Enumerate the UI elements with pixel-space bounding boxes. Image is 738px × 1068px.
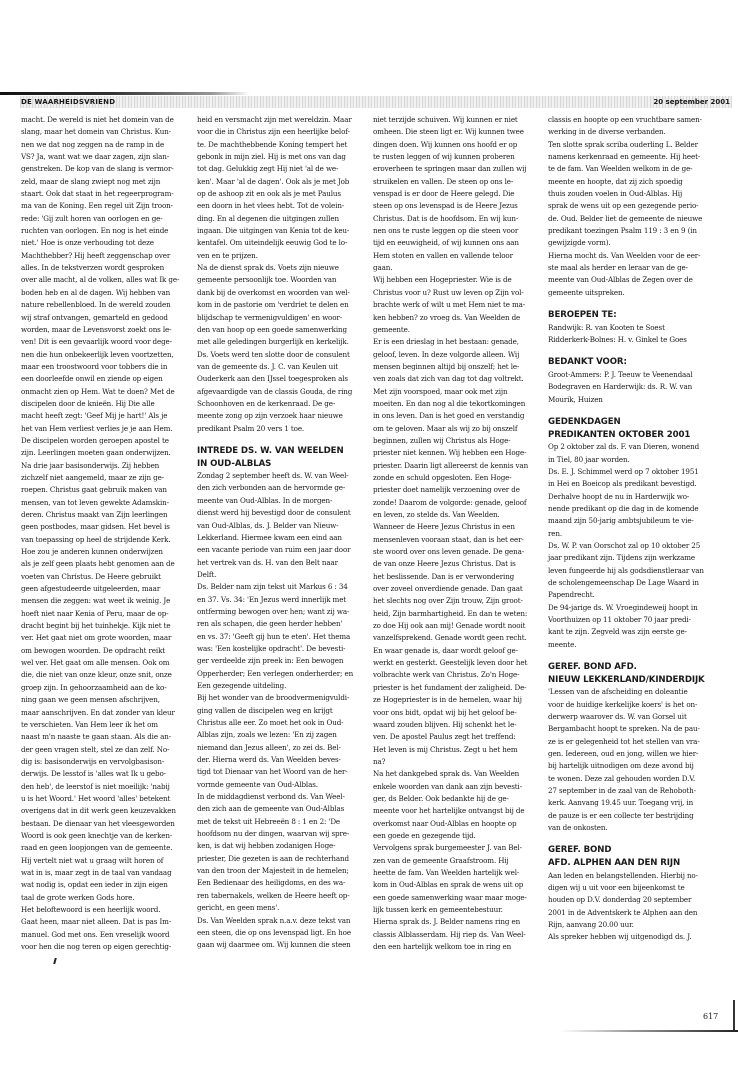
paragraph: Aan leden en belangstellenden. Hierbij n…	[548, 870, 733, 944]
text-line: der. Hierna werd ds. Van Weelden beves-	[197, 754, 373, 766]
heading-line: BEDANKT VOOR:	[548, 356, 733, 369]
text-line: voor die in Christus zijn een heerlijke …	[197, 126, 373, 138]
text-line: kentafel. Om uiteindelijk eeuwig God te …	[197, 237, 373, 249]
text-line: Bij het wonder van de broodvermenigvuldi…	[197, 692, 373, 704]
text-line: meente en hoopte, dat zij zich spoedig	[548, 176, 733, 188]
text-line: Ten slotte sprak scriba ouderling L. Bel…	[548, 139, 733, 151]
text-line: maar een troostwoord voor tobbers die in	[21, 361, 197, 373]
text-line: Na drie jaar basisonderwijs. Zij hebben	[21, 460, 197, 472]
heading-line: NIEUW LEKKERLAND/KINDERDIJK	[548, 674, 733, 687]
text-line: gemeente.	[373, 324, 548, 336]
text-line: een vacante periode van ruim een jaar do…	[197, 544, 373, 556]
text-line: ging vallen de discipelen weg en krijgt	[197, 705, 373, 717]
text-line: Gaat heen, maar niet alleen. Dat is pas …	[21, 916, 197, 928]
text-line: geloof, leven. In deze volgorde alleen. …	[373, 349, 548, 361]
heading-line: INTREDE DS. W. VAN WEELDEN	[197, 445, 373, 458]
heading-line: IN OUD-ALBLAS	[197, 458, 373, 471]
text-line: Ds. Voets werd ten slotte door de consul…	[197, 349, 373, 361]
text-line: ger, ds Belder. Ook bedankte hij de ge-	[373, 793, 548, 805]
text-line: ren.	[548, 528, 733, 540]
text-line: waard zouden blijven. Hij schenkt het le…	[373, 719, 548, 731]
text-line: Een Bedienaar des heiligdoms, en des wa-	[197, 877, 373, 889]
text-line: heid en versmacht zijn met wereldzin. Ma…	[197, 114, 373, 126]
text-line: brachte werk of wilt u met Hem niet te m…	[373, 299, 548, 311]
text-line: onmacht zien op Hem. Wat te doen? Met de	[21, 386, 197, 398]
text-line: 2001 in de Adventskerk te Alphen aan den	[548, 907, 733, 919]
text-line: zeld, maar de slang zwiept nog met zijn	[21, 176, 197, 188]
text-line: Ds. E. J. Schimmel werd op 7 oktober 195…	[548, 466, 733, 478]
text-line: priester niet kennen. Wij hebben een Hog…	[373, 447, 548, 459]
text-line: van den troon der Majesteit in de hemele…	[197, 865, 373, 877]
text-line: derwijs. De lesstof is 'alles wat Ik u g…	[21, 768, 197, 780]
section-heading: GEDENKDAGENPREDIKANTEN OKTOBER 2001	[548, 416, 733, 441]
text-line: dracht begint bij het tuinhekje. Kijk ni…	[21, 620, 197, 632]
text-line: ning gaan we geen mensen afschrijven,	[21, 694, 197, 706]
text-line: worden, maar de Levensvorst zoekt ons le…	[21, 324, 197, 336]
text-line: derwerp waarover ds. W. van Gorsel uit	[548, 711, 733, 723]
text-line: meente voor het hartelijke ontvangst bij…	[373, 805, 548, 817]
text-line: werking in de diverse verbanden.	[548, 126, 733, 138]
text-line: ontferming bewogen over hen; want zij wa…	[197, 606, 373, 618]
text-line: manuel. God met ons. Een vreselijk woord	[21, 929, 197, 941]
text-line: alles. In de tekstverzen wordt gesproken	[21, 262, 197, 274]
text-line: een goede samenwerking waar maar moge-	[373, 892, 548, 904]
text-line: ven en te prijzen.	[197, 250, 373, 262]
text-line: omheen. Die steen ligt er. Wij kunnen tw…	[373, 126, 548, 138]
text-line: ma van de Koning. Een regel uit Zijn tro…	[21, 200, 197, 212]
text-line: ingaan. Die uitgingen van Kenia tot de k…	[197, 225, 373, 237]
text-line: Ds. Belder nam zijn tekst uit Markus 6 :…	[197, 581, 373, 593]
text-line: van de onkosten.	[548, 822, 733, 834]
text-line: zijn. Leerlingen moeten gaan onderwijzen…	[21, 447, 197, 459]
text-line: het slechts nog over Zijn trouw, Zijn gr…	[373, 595, 548, 607]
text-line: ding. En al degenen die uitgingen zullen	[197, 213, 373, 225]
text-line: met de tekst uit Hebreeën 8 : 1 en 2: 'D…	[197, 816, 373, 828]
text-line: venspad is er door de Heere gelegd. Die	[373, 188, 548, 200]
text-line: slang, maar het domein van Christus. Kun…	[21, 126, 197, 138]
paragraph: Groot-Ammers: P. J. Teeuw te VeenendaalB…	[548, 369, 733, 406]
text-line: kerk. Aanvang 19.45 uur. Toegang vrij, i…	[548, 797, 733, 809]
text-line: geen afgestudeerde uitgeleerden, maar	[21, 583, 197, 595]
text-line: nen die hun onbekeerlijk leven voortzett…	[21, 349, 197, 361]
text-line: Christus. Dat is de hoofdsom. En wij kun…	[373, 213, 548, 225]
text-line: den een hartelijk welkom toe in ring en	[373, 941, 548, 953]
heading-line: GEDENKDAGEN	[548, 416, 733, 429]
text-line: Christus alle eer. Zo moet het ook in Ou…	[197, 717, 373, 729]
text-line: afgevaardigde van de classis Gouda, de r…	[197, 386, 373, 398]
text-line: priester doet namelijk verzoening over d…	[373, 484, 548, 496]
text-line: meente zong op zijn verzoek haar nieuwe	[197, 410, 373, 422]
text-line: gericht, en geen mens'.	[197, 902, 373, 914]
paragraph: Zondag 2 september heeft ds. W. van Weel…	[197, 470, 373, 951]
text-line: als je zelf geen plaats hebt genomen aan…	[21, 558, 197, 570]
text-line: een goede en gezegende tijd.	[373, 830, 548, 842]
text-line: In de middagdienst verbond ds. Van Weel-	[197, 791, 373, 803]
text-line: Hierna sprak ds. J. Belder namens ring e…	[373, 916, 548, 928]
text-line: te. De machthebbende Koning tempert het	[197, 139, 373, 151]
text-line: genstreken. De kop van de slang is vermo…	[21, 163, 197, 175]
text-line: ven zoals dat zich van dag tot dag voltr…	[373, 373, 548, 385]
text-line: Het beloftewoord is een heerlijk woord.	[21, 904, 197, 916]
page-corner-edge	[733, 1000, 735, 1030]
paragraph: 'Lessen van de afscheiding en doleantiev…	[548, 686, 733, 834]
text-line: priester. Daarin ligt allereerst de kenn…	[373, 460, 548, 472]
text-line: voeten van Christus. De Heere gebruikt	[21, 571, 197, 583]
text-line: Bergambacht hoopt te spreken. Na de pau-	[548, 723, 733, 735]
text-line: Als spreker hebben wij uitgenodigd ds. J…	[548, 931, 733, 943]
text-line: Hierna mocht ds. Van Weelden voor de eer…	[548, 250, 733, 262]
text-line: gewijzigde vorm).	[548, 237, 733, 249]
text-line: Randwijk: R. van Kooten te Soest	[548, 322, 733, 334]
text-line: ven. De apostel Paulus zegt het treffend…	[373, 731, 548, 743]
text-line: discipelen door de knieën. Hij Die alle	[21, 398, 197, 410]
text-line: Wanneer de Heere Jezus Christus in een	[373, 521, 548, 533]
text-line: volbrachte werk van Christus. Zo'n Hoge-	[373, 669, 548, 681]
text-line: en 37. Vs. 34: 'En Jezus werd innerlijk …	[197, 594, 373, 606]
text-line: roepen. Christus gaat gebruik maken van	[21, 484, 197, 496]
text-line: niemand dan Jezus alleen', zo zei ds. Be…	[197, 742, 373, 754]
text-line: Wij hebben een Hogepriester. Wie is de	[373, 274, 548, 286]
heading-line: GEREF. BOND	[548, 844, 733, 857]
text-line: Ridderkerk-Bolnes: H. v. Ginkel te Goes	[548, 334, 733, 346]
text-line: wat in is, maar zegt in de taal van vand…	[21, 867, 197, 879]
article-columns: macht. De wereld is niet het domein van …	[21, 114, 733, 953]
text-line: blijdschap te vermenigvuldigen' en woor-	[197, 312, 373, 324]
text-line: Op 2 oktober zal ds. F. van Dieren, wone…	[548, 441, 733, 453]
scan-edge-rule	[0, 92, 250, 95]
text-line: macht heeft zegt: 'Geef Mij je hart!' Al…	[21, 410, 197, 422]
heading-line: BEROEPEN TE:	[548, 309, 733, 322]
text-line: Er is een drieslag in het bestaan: genad…	[373, 336, 548, 348]
text-line: kom in de pastorie om 'verdriet te delen…	[197, 299, 373, 311]
text-line: zonde en schuld opgesloten. Een Hoge-	[373, 472, 548, 484]
text-line: over zoveel onverdiende genade. Dan gaat	[373, 583, 548, 595]
text-line: Ds. W. P. van Oorschot zal op 10 oktober…	[548, 540, 733, 552]
text-line: enkele woorden van dank aan zijn bevesti…	[373, 781, 548, 793]
text-line: ze is er gelegenheid tot het stellen van…	[548, 736, 733, 748]
text-line: De discipelen worden geroepen apostel te	[21, 435, 197, 447]
text-line: 'Lessen van de afscheiding en doleantie	[548, 686, 733, 698]
text-line: mensen die zeggen: wat weet ik weinig. J…	[21, 595, 197, 607]
text-line: over alle macht, al de volken, alles wat…	[21, 274, 197, 286]
text-line: Woord is ook geen knechtje van de kerken…	[21, 830, 197, 842]
text-line: steen op ons levenspad is de Heere Jezus	[373, 200, 548, 212]
text-line: ken hebben? zo vroeg ds. Van Weelden de	[373, 312, 548, 324]
paragraph: Randwijk: R. van Kooten te SoestRidderke…	[548, 322, 733, 347]
text-line: Ouderkerk aan den IJssel toegesproken al…	[197, 373, 373, 385]
text-line: de pauze is er een collecte ter bestrijd…	[548, 810, 733, 822]
text-line: het van Hem verliest verlies je je aan H…	[21, 423, 197, 435]
heading-line: PREDIKANTEN OKTOBER 2001	[548, 429, 733, 442]
text-line: Groot-Ammers: P. J. Teeuw te Veenendaal	[548, 369, 733, 381]
text-line: hoofdsom nu der dingen, waarvan wij spre…	[197, 828, 373, 840]
text-line: ger verdeelde zijn preek in: Een bewogen	[197, 655, 373, 667]
print-speck	[53, 958, 57, 964]
text-line: kant te zijn. Zegveld was zijn eerste ge…	[548, 626, 733, 638]
text-line: ken, is dat wij hebben zodanigen Hoge-	[197, 840, 373, 852]
running-header: De Waarheidsvriend 20 september 2001	[20, 96, 732, 108]
text-line: ren als schapen, die geen herder hebben'	[197, 618, 373, 630]
text-line: in Hei en Boeicop als predikant bevestig…	[548, 478, 733, 490]
paragraph: heid en versmacht zijn met wereldzin. Ma…	[197, 114, 373, 435]
text-line: Christus voor u? Rust uw leven op Zijn v…	[373, 287, 548, 299]
text-line: deren. Christus maakt van Zijn leerlinge…	[21, 509, 197, 521]
page-number: 617	[703, 1012, 718, 1021]
text-line: priester is het fundament der zaligheid.…	[373, 682, 548, 694]
text-line: 27 september in de zaal van de Rehoboth-	[548, 785, 733, 797]
text-line: voor de huidige kerkelijke koers' is het…	[548, 699, 733, 711]
text-line: Mourik, Huizen	[548, 394, 733, 406]
text-line: en leven, zo stelde ds. Van Weelden.	[373, 509, 548, 521]
text-line: maand zijn 50-jarig ambtsjubileum te vie…	[548, 515, 733, 527]
text-line: zonde! Daarom de volgorde: genade, geloo…	[373, 497, 548, 509]
text-line: u is het Woord.' Het woord 'alles' betek…	[21, 793, 197, 805]
text-line: wij straf ontvangen, gemarteld en gedood	[21, 312, 197, 324]
heading-line: GEREF. BOND AFD.	[548, 661, 733, 674]
text-line: nende predikant op die dag in de komende	[548, 503, 733, 515]
text-line: zen van de gemeente Graafstroom. Hij	[373, 855, 548, 867]
text-line: En waar genade is, daar wordt geloof ge-	[373, 645, 548, 657]
text-line: naast m'n naaste te gaan staan. Als die …	[21, 731, 197, 743]
text-line: Alblas zijn, zoals we lezen: 'En zij zag…	[197, 729, 373, 741]
text-line: overigens dat in dit werk geen keuzevakk…	[21, 805, 197, 817]
text-line: Het leven is mij Christus. Zegt u het he…	[373, 744, 548, 756]
text-line: maar aanschrijven. En dat zonder van kle…	[21, 707, 197, 719]
text-line: Hij vertelt niet wat u graag wilt horen …	[21, 855, 197, 867]
text-line: na?	[373, 756, 548, 768]
publication-name: De Waarheidsvriend	[20, 98, 115, 106]
text-line: jaar predikant zijn. Tijdens zijn werkza…	[548, 552, 733, 564]
text-line: Na het dankgebed sprak ds. Van Weelden	[373, 768, 548, 780]
text-line: bestaan. De dienaar van het vleesgeworde…	[21, 818, 197, 830]
text-line: Met zijn voorspoed, maar ook met zijn	[373, 386, 548, 398]
text-line: om bewogen woorden. De opdracht reikt	[21, 645, 197, 657]
text-line: in Tiel, 80 jaar worden.	[548, 454, 733, 466]
text-line: tijd en eeuwigheid, of wij kunnen ons aa…	[373, 237, 548, 249]
text-line: struikelen en vallen. De steen op ons le…	[373, 176, 548, 188]
text-line: meente van Oud-Alblas de Zegen over de	[548, 274, 733, 286]
text-line: op de ashoop zit en ook als je met Paulu…	[197, 188, 373, 200]
text-line: sprak de wens uit op een gezegende perio…	[548, 200, 733, 212]
text-line: taal de grote werken Gods hore.	[21, 892, 197, 904]
text-line: een steen, die op ons levenspad ligt. En…	[197, 927, 373, 939]
text-line: den zich verbonden aan de hervormde ge-	[197, 482, 373, 494]
text-line: ruchten van oorlogen. En nog is het eind…	[21, 225, 197, 237]
text-line: een doorleefde onwil en ziende op eigen	[21, 373, 197, 385]
text-line: thuis zouden voelen in Oud-Alblas. Hij	[548, 188, 733, 200]
text-line: Delft.	[197, 569, 373, 581]
text-line: moeiten. En dan nog al die tekortkominge…	[373, 398, 548, 410]
text-line: Derhalve hoopt de nu in Harderwijk wo-	[548, 491, 733, 503]
text-line: ven! Dit is een gevaarlijk woord voor de…	[21, 336, 197, 348]
text-line: predikant Psalm 20 vers 1 toe.	[197, 423, 373, 435]
text-line: niet.' Hoe is onze verhouding tot deze	[21, 237, 197, 249]
column-4: classis en hoopte op een vruchtbare same…	[548, 114, 733, 953]
text-line: te verschieten. Van Hem leer ik het om	[21, 719, 197, 731]
text-line: leven fungeerde hij als godsdienstleraar…	[548, 565, 733, 577]
text-line: vormde gemeente van Oud-Alblas.	[197, 779, 373, 791]
text-line: Papendrecht.	[548, 589, 733, 601]
text-line: Schoonhoven en de kerkenraad. De ge-	[197, 398, 373, 410]
text-line: vanzelfsprekend. Genade wordt geen recht…	[373, 632, 548, 644]
text-line: raad en geen loopjongen van de gemeente.	[21, 842, 197, 854]
text-line: gen. Iedereen, oud en jong, willen we hi…	[548, 748, 733, 760]
text-line: van toepassing op heel de strijdende Ker…	[21, 534, 197, 546]
text-line: gaan.	[373, 262, 548, 274]
text-line: priester, Die gezeten is aan de rechterh…	[197, 853, 373, 865]
text-line: de van onze Heere Jezus Christus. Dat is	[373, 558, 548, 570]
text-line: om te geloven. Maar als wij zo bij onsze…	[373, 423, 548, 435]
column-3: niet terzijde schuiven. Wij kunnen er ni…	[373, 114, 548, 953]
text-line: in ons leven. Dan is het goed en verstan…	[373, 410, 548, 422]
text-line: dienst werd hij bevestigd door de consul…	[197, 507, 373, 519]
text-line: voor ons bidt, opdat wij bij het geloof …	[373, 707, 548, 719]
text-line: classis Alblasserdam. Hij riep ds. Van W…	[373, 929, 548, 941]
paragraph: macht. De wereld is niet het domein van …	[21, 114, 197, 953]
text-line: ver. Het gaat niet om grote woorden, maa…	[21, 632, 197, 644]
text-line: nen ons te ruste leggen op die steen voo…	[373, 225, 548, 237]
text-line: namens kerkenraad en gemeente. Hij heet-	[548, 151, 733, 163]
issue-date: 20 september 2001	[653, 98, 732, 106]
text-line: nature rebellenbloed. In de wereld zoude…	[21, 299, 197, 311]
text-line: mensenleven vooraan staat, dan is het ee…	[373, 534, 548, 546]
text-line: van Oud-Alblas, ds. J. Belder van Nieuw-	[197, 520, 373, 532]
text-line: gaan wij daarmee om. Wij kunnen die stee…	[197, 939, 373, 951]
text-line: de. Oud. Belder liet de gemeente de nieu…	[548, 213, 733, 225]
text-line: wel ver. Het gaat om alle mensen. Ook om	[21, 657, 197, 669]
text-line: de scholengemeenschap De Lage Waard in	[548, 577, 733, 589]
text-line: Vervolgens sprak burgemeester J. van Bel…	[373, 842, 548, 854]
text-line: te wonen. Deze zal gehouden worden D.V.	[548, 773, 733, 785]
text-line: bij hartelijk uitnodigen om deze avond b…	[548, 760, 733, 772]
text-line: te de fam. Van Weelden welkom in de ge-	[548, 163, 733, 175]
text-line: den zich aan de gemeente van Oud-Alblas	[197, 803, 373, 815]
text-line: ze Hogepriester is in de hemelen, waar h…	[373, 694, 548, 706]
text-line: zo doe Hij ook aan mij! Genade wordt noo…	[373, 620, 548, 632]
section-heading: INTREDE DS. W. VAN WEELDENIN OUD-ALBLAS	[197, 445, 373, 470]
text-line: dingen doen. Wij kunnen ons hoofd er op	[373, 139, 548, 151]
section-heading: BEDANKT VOOR:	[548, 356, 733, 369]
text-line: gemeente persoonlijk toe. Woorden van	[197, 274, 373, 286]
text-line: het beslissende. Dan is er verwondering	[373, 571, 548, 583]
text-line: met alle geledingen burgerlijk en kerkel…	[197, 336, 373, 348]
text-line: houden op D.V. donderdag 20 september	[548, 894, 733, 906]
text-line: wat nodig is, opdat een ieder in zijn ei…	[21, 879, 197, 891]
text-line: mensen beginnen altijd bij onszelf; het …	[373, 361, 548, 373]
text-line: dank bij de overkomst en woorden van wel…	[197, 287, 373, 299]
text-line: Na de dienst sprak ds. Voets zijn nieuwe	[197, 262, 373, 274]
text-line: Bodegraven en Harderwijk: ds. R. W. van	[548, 381, 733, 393]
text-line: ste maal als herder en leraar van de ge-	[548, 262, 733, 274]
text-line: overkomst naar Oud-Alblas en hoopte op	[373, 818, 548, 830]
paragraph: classis en hoopte op een vruchtbare same…	[548, 114, 733, 299]
text-line: Machthebber? Hij heeft zeggenschap over	[21, 250, 197, 262]
text-line: staart. Ook dat staat in het regeerprogr…	[21, 188, 197, 200]
text-line: voor hen die nog teren op eigen gerechti…	[21, 941, 197, 953]
text-line: hoeft niet naar Kenia of Peru, maar de o…	[21, 608, 197, 620]
text-line: predikant toezingen Psalm 119 : 3 en 9 (…	[548, 225, 733, 237]
text-line: en vs. 37: 'Geeft gij hun te eten'. Het …	[197, 631, 373, 643]
text-line: Een gezegende uitdeling.	[197, 680, 373, 692]
text-line: ren tabernakels, welken de Heere heeft o…	[197, 890, 373, 902]
section-heading: BEROEPEN TE:	[548, 309, 733, 322]
page-corner-rule	[560, 1030, 738, 1032]
text-line: ste woord over ons leven genade. De gena…	[373, 546, 548, 558]
text-line: was: 'Een kostelijke opdracht'. De beves…	[197, 643, 373, 655]
text-line: werkt en gesterkt. Geestelijk leven door…	[373, 657, 548, 669]
text-line: Hem stoten en vallen en vallende teloor	[373, 250, 548, 262]
text-line: nen we dat nog zeggen na de ramp in de	[21, 139, 197, 151]
section-heading: GEREF. BONDAFD. ALPHEN AAN DEN RIJN	[548, 844, 733, 869]
text-line: Zondag 2 september heeft ds. W. van Weel…	[197, 470, 373, 482]
text-line: gebonk in mijn ziel. Hij is met ons van …	[197, 151, 373, 163]
text-line: digen wij u uit voor een bijeenkomst te	[548, 882, 733, 894]
text-line: classis en hoopte op een vruchtbare same…	[548, 114, 733, 126]
text-line: Hoe zou je anderen kunnen onderwijzen	[21, 546, 197, 558]
text-line: tigd tot Dienaar van het Woord van de he…	[197, 766, 373, 778]
paragraph: Op 2 oktober zal ds. F. van Dieren, wone…	[548, 441, 733, 651]
text-line: die, die niet van onze kleur, onze snit,…	[21, 669, 197, 681]
text-line: kom in Oud-Alblas en sprak de wens uit o…	[373, 879, 548, 891]
text-line: een doorn in het vlees hebt. Tot de vole…	[197, 200, 373, 212]
column-1: macht. De wereld is niet het domein van …	[21, 114, 197, 953]
text-line: ken'. Maar 'al de dagen'. Ook als je met…	[197, 176, 373, 188]
text-line: gemeente uitspreken.	[548, 287, 733, 299]
text-line: rede: 'Gij zult horen van oorlogen en ge…	[21, 213, 197, 225]
text-line: dig is: basisonderwijs en vervolgbasison…	[21, 756, 197, 768]
text-line: meente.	[548, 639, 733, 651]
text-line: mensen, van tot leven gewekte Adamskin-	[21, 497, 197, 509]
text-line: heette de fam. Van Weelden hartelijk wel…	[373, 867, 548, 879]
text-line: heid, Zijn barmhartigheid. En dan te wet…	[373, 608, 548, 620]
text-line: meente van Oud-Alblas. In de morgen-	[197, 495, 373, 507]
text-line: Rijn, aanvang 20.00 uur.	[548, 919, 733, 931]
text-line: tot dag. Gelukkig zegt Hij niet 'al de w…	[197, 163, 373, 175]
text-line: den van hoop op een goede samenwerking	[197, 324, 373, 336]
text-line: VS? Ja, want wat we daar zagen, zijn sla…	[21, 151, 197, 163]
text-line: der geen vragen stelt, stel ze dan zelf.…	[21, 744, 197, 756]
text-line: den heb', de leerstof is niet moeilijk: …	[21, 781, 197, 793]
heading-line: AFD. ALPHEN AAN DEN RIJN	[548, 857, 733, 870]
text-line: van de gemeente ds. J. C. van Keulen uit	[197, 361, 373, 373]
text-line: lijk tussen kerk en gemeentebestuur.	[373, 904, 548, 916]
text-line: boden heb en al de dagen. Wij hebben van	[21, 287, 197, 299]
text-line: beginnen, zullen wij Christus als Hoge-	[373, 435, 548, 447]
text-line: Aan leden en belangstellenden. Hierbij n…	[548, 870, 733, 882]
text-line: Opperherder; Een verlegen onderherder; e…	[197, 668, 373, 680]
text-line: groep zijn. In gehoorzaamheid aan de ko-	[21, 682, 197, 694]
text-line: het vertrek van ds. H. van den Belt naar	[197, 557, 373, 569]
text-line: De 94-jarige ds. W. Vroegindeweij hoopt …	[548, 602, 733, 614]
text-line: niet terzijde schuiven. Wij kunnen er ni…	[373, 114, 548, 126]
text-line: eroverheen te springen maar dan zullen w…	[373, 163, 548, 175]
paragraph: niet terzijde schuiven. Wij kunnen er ni…	[373, 114, 548, 953]
text-line: geen postbodes, maar gidsen. Het bevel i…	[21, 521, 197, 533]
section-heading: GEREF. BOND AFD.NIEUW LEKKERLAND/KINDERD…	[548, 661, 733, 686]
text-line: zichzelf niet aangemeld, maar ze zijn ge…	[21, 472, 197, 484]
column-2: heid en versmacht zijn met wereldzin. Ma…	[197, 114, 373, 953]
text-line: te rusten leggen of wij kunnen proberen	[373, 151, 548, 163]
text-line: macht. De wereld is niet het domein van …	[21, 114, 197, 126]
text-line: Lekkerland. Hiermee kwam een eind aan	[197, 532, 373, 544]
text-line: Voorthuizen op 11 oktober 70 jaar predi-	[548, 614, 733, 626]
text-line: Ds. Van Weelden sprak n.a.v. deze tekst …	[197, 915, 373, 927]
